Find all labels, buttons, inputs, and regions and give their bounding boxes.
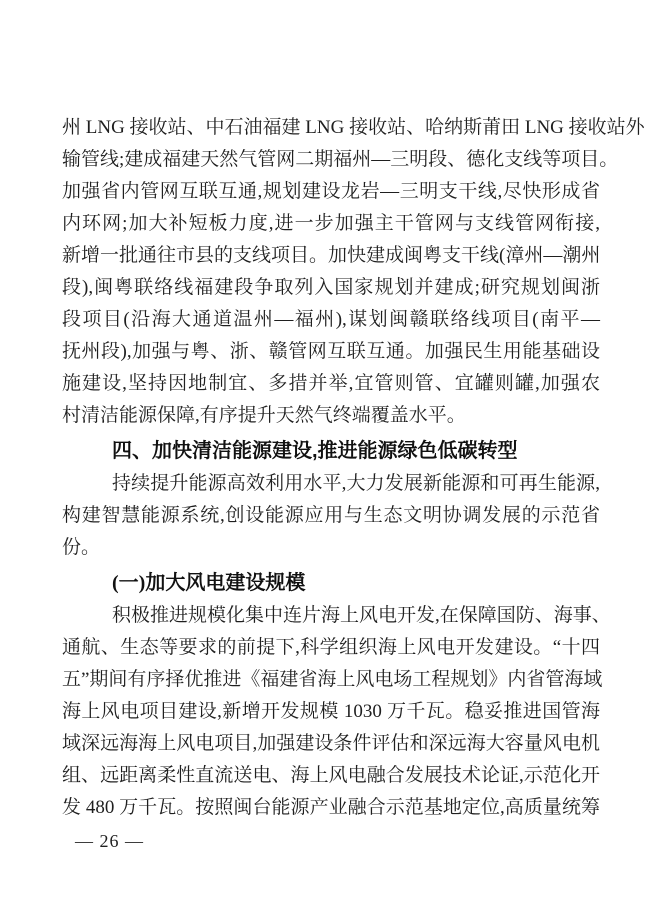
body-line: 内环网;加大补短板力度,进一步加强主干管网与支线管网衔接,: [62, 208, 600, 240]
page-number: — 26 —: [75, 831, 144, 851]
body-line: 组、远距离柔性直流送电、海上风电融合发展技术论证,示范化开: [62, 760, 600, 792]
section-heading: 四、加快清洁能源建设,推进能源绿色低碳转型: [62, 435, 600, 468]
body-line: 抚州段),加强与粤、浙、赣管网互联互通。加强民生用能基础设: [62, 336, 600, 368]
body-line: 海上风电项目建设,新增开发规模 1030 万千瓦。稳妥推进国管海: [62, 696, 600, 728]
body-line: 持续提升能源高效利用水平,大力发展新能源和可再生能源,: [62, 468, 600, 500]
body-line: 通航、生态等要求的前提下,科学组织海上风电开发建设。“十四: [62, 632, 600, 664]
page-body-text: 州 LNG 接收站、中石油福建 LNG 接收站、哈纳斯莆田 LNG 接收站外输管…: [62, 112, 600, 824]
document-page: 州 LNG 接收站、中石油福建 LNG 接收站、哈纳斯莆田 LNG 接收站外输管…: [0, 0, 650, 919]
body-line: 发 480 万千瓦。按照闽台能源产业融合示范基地定位,高质量统筹: [62, 792, 600, 824]
body-line: 加强省内管网互联互通,规划建设龙岩—三明支干线,尽快形成省: [62, 176, 600, 208]
body-line: 村清洁能源保障,有序提升天然气终端覆盖水平。: [62, 400, 600, 432]
body-line: 州 LNG 接收站、中石油福建 LNG 接收站、哈纳斯莆田 LNG 接收站外: [62, 112, 600, 144]
body-line: 份。: [62, 532, 600, 564]
body-line: 段),闽粤联络线福建段争取列入国家规划并建成;研究规划闽浙: [62, 272, 600, 304]
body-line: 域深远海海上风电项目,加强建设条件评估和深远海大容量风电机: [62, 728, 600, 760]
body-line: 五”期间有序择优推进《福建省海上风电场工程规划》内省管海域: [62, 664, 600, 696]
subsection-heading: (一)加大风电建设规模: [62, 567, 600, 600]
body-line: 构建智慧能源系统,创设能源应用与生态文明协调发展的示范省: [62, 500, 600, 532]
body-line: 段项目(沿海大通道温州—福州),谋划闽赣联络线项目(南平—: [62, 304, 600, 336]
body-line: 积极推进规模化集中连片海上风电开发,在保障国防、海事、: [62, 600, 600, 632]
body-line: 施建设,坚持因地制宜、多措并举,宜管则管、宜罐则罐,加强农: [62, 368, 600, 400]
body-line: 输管线;建成福建天然气管网二期福州—三明段、德化支线等项目。: [62, 144, 600, 176]
body-line: 新增一批通往市县的支线项目。加快建成闽粤支干线(漳州—潮州: [62, 240, 600, 272]
